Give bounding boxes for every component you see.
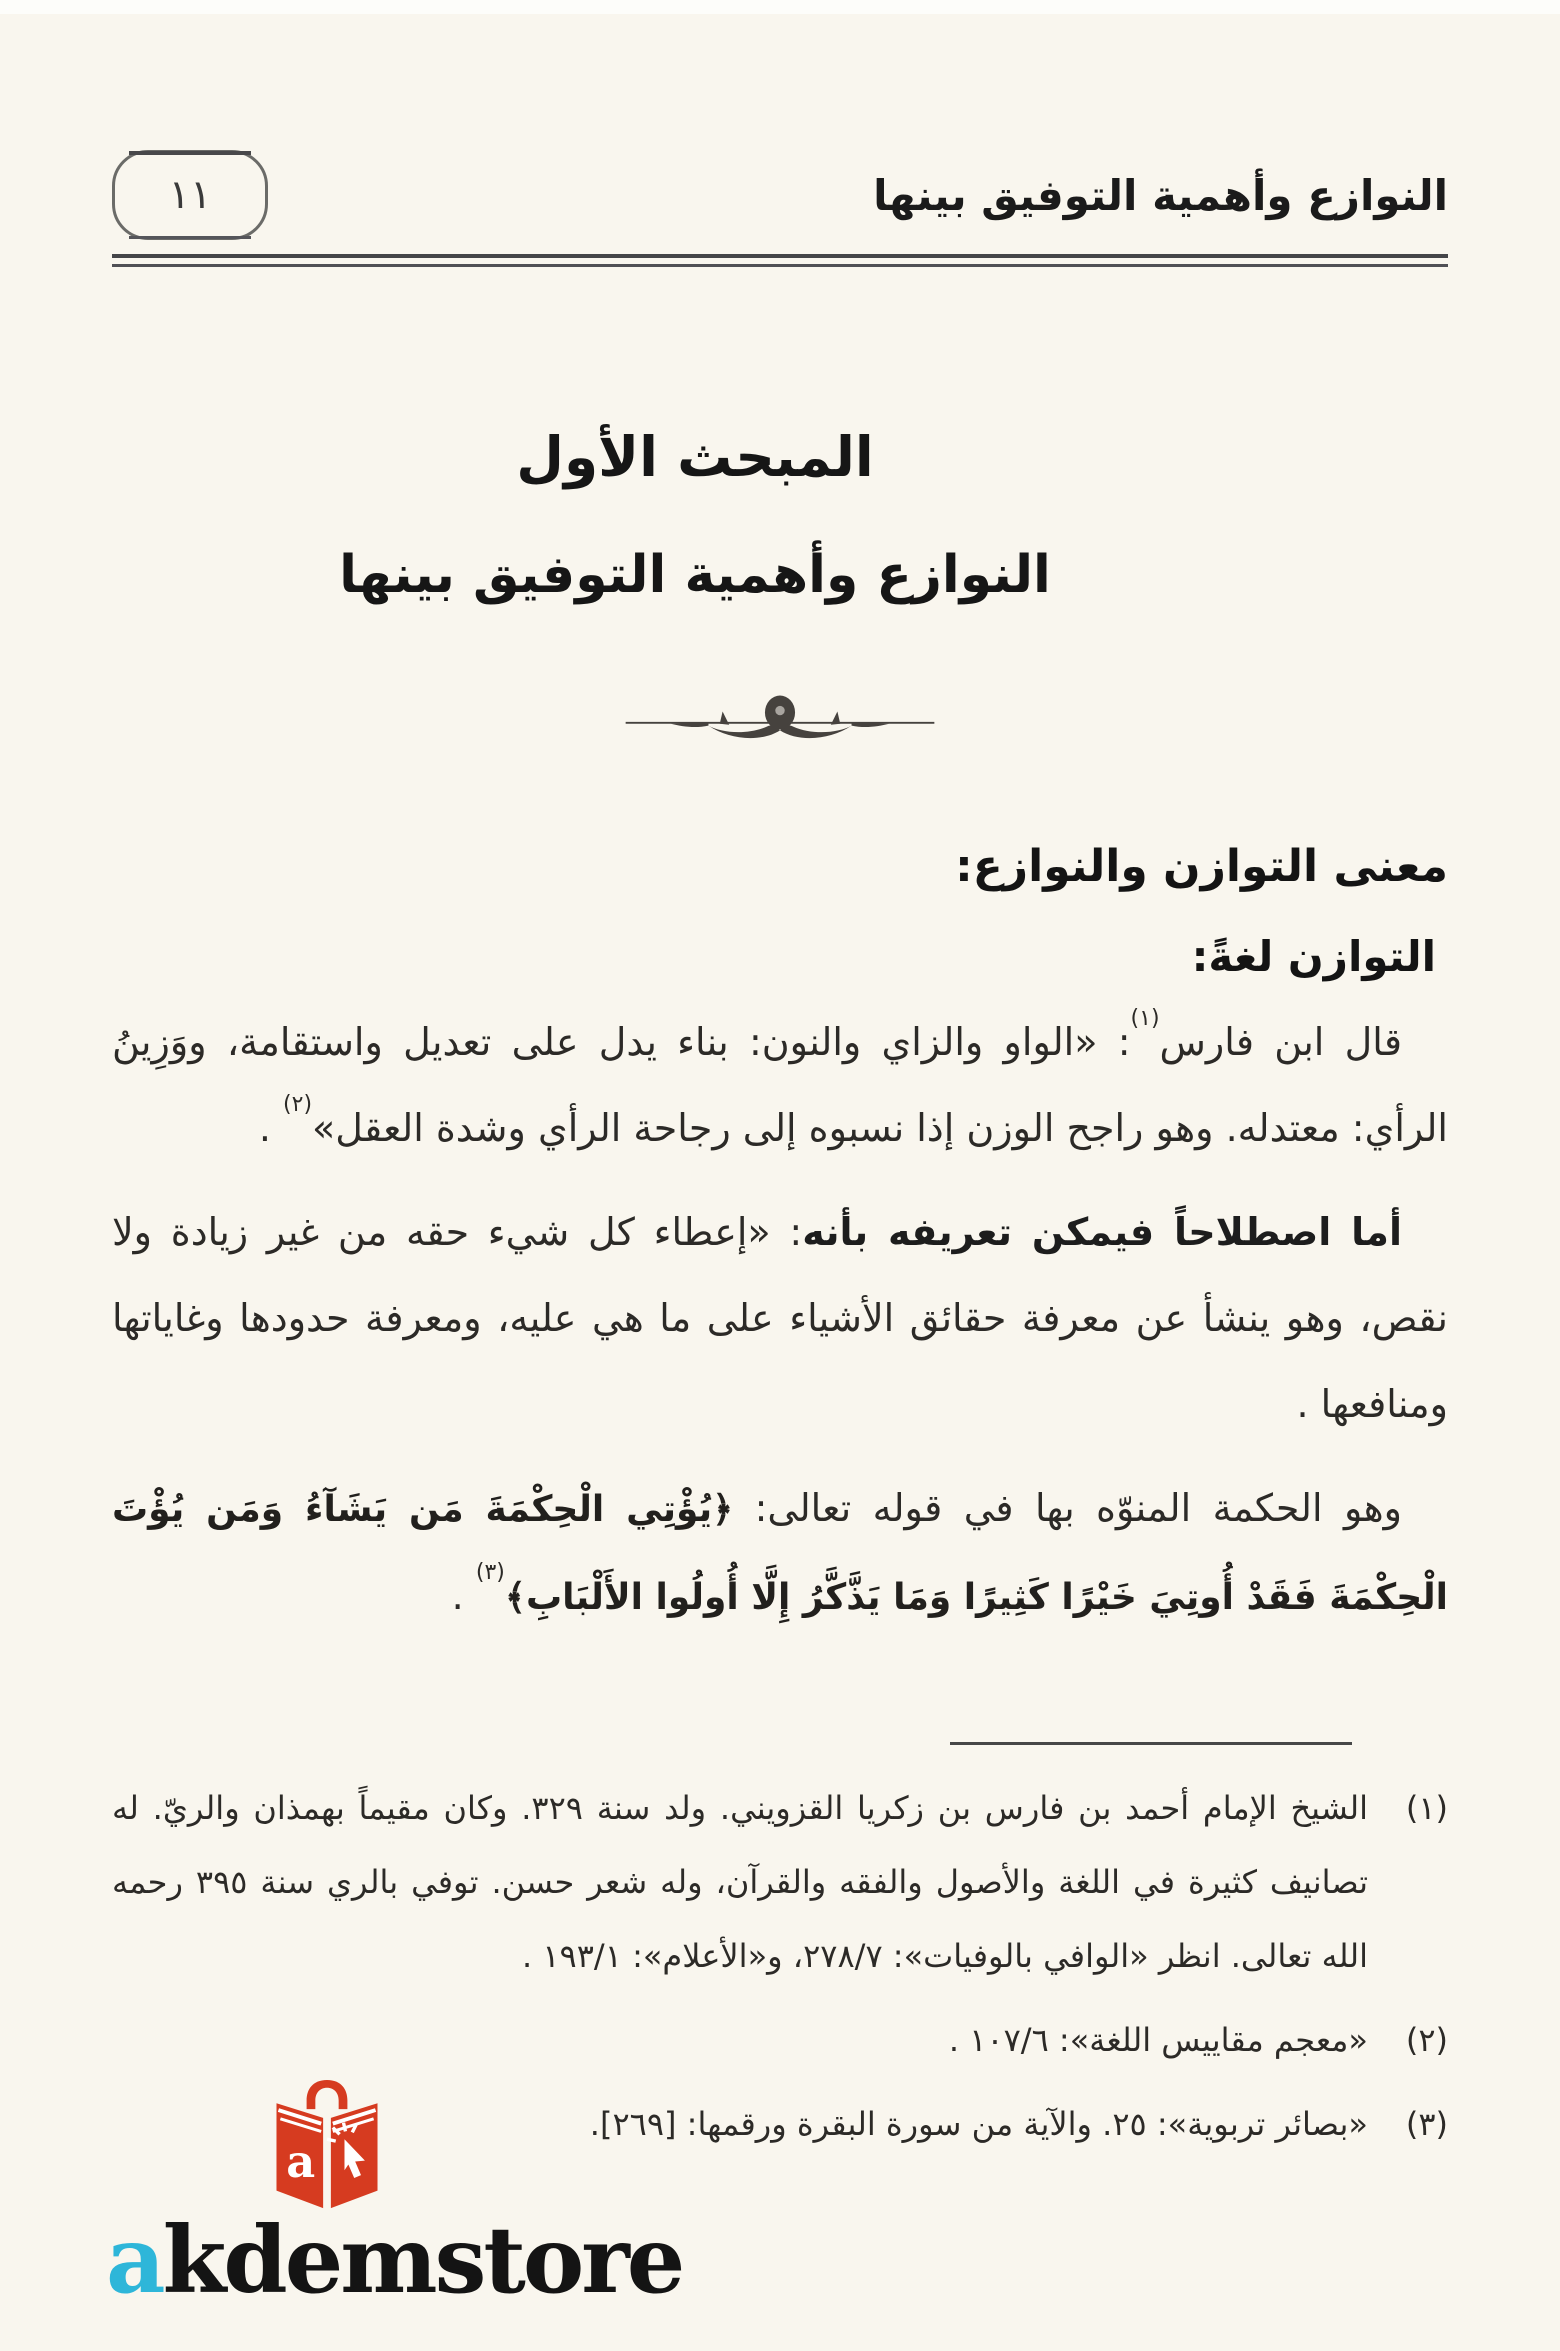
footnote-item-2: (٢) «معجم مقاييس اللغة»: ١٠٧/٦ . (112, 2003, 1448, 2077)
header-divider (112, 254, 1448, 267)
section-heading: معنى التوازن والنوازع: (112, 841, 1448, 892)
ornament-icon (620, 687, 940, 753)
header-row: النوازع وأهمية التوفيق بينها ١١ (112, 150, 1448, 240)
footnote-item-1: (١) الشيخ الإمام أحمد بن فارس بن زكريا ا… (112, 1771, 1448, 1993)
footnote-marker: (٢) (1384, 2003, 1448, 2077)
footnote-text: «معجم مقاييس اللغة»: ١٠٧/٦ . (112, 2003, 1368, 2077)
page-number-badge: ١١ (112, 150, 268, 240)
akdemstore-watermark: a akdemstore (106, 2078, 666, 2314)
footnote-marker: (٣) (1384, 2087, 1448, 2161)
paragraph-text: قال ابن فارس (1160, 1020, 1402, 1064)
paragraph-text: . (452, 1574, 476, 1618)
footnote-separator (950, 1742, 1352, 1745)
chapter-head: المبحث الأول النوازع وأهمية التوفيق بينه… (112, 425, 1448, 757)
paragraph-term-definition: أما اصطلاحاً فيمكن تعريفه بأنه: «إعطاء ك… (112, 1189, 1448, 1447)
wordmark-rest: kdemstore (163, 2206, 683, 2314)
wordmark-a: a (106, 2206, 163, 2314)
paragraph-text: . (259, 1106, 283, 1150)
ornament-divider (112, 687, 1448, 757)
section-subheading: التوازن لغةً: (112, 932, 1436, 981)
footnote-ref-3: (٣) (476, 1560, 505, 1585)
logo-book-icon: a (264, 2078, 390, 2214)
footnote-ref-2: (٢) (283, 1092, 312, 1117)
scan-edge (0, 0, 1560, 14)
footnote-text: الشيخ الإمام أحمد بن فارس بن زكريا القزو… (112, 1771, 1368, 1993)
footnote-marker: (١) (1384, 1771, 1448, 1845)
logo-handle (307, 2080, 348, 2109)
paragraph-lead-bold: أما اصطلاحاً فيمكن تعريفه بأنه (802, 1210, 1402, 1254)
book-page: النوازع وأهمية التوفيق بينها ١١ المبحث ا… (0, 0, 1560, 2351)
page-number: ١١ (169, 172, 212, 218)
logo-letter: a (286, 2135, 315, 2188)
chapter-subtitle: النوازع وأهمية التوفيق بينها (27, 545, 1363, 605)
paragraph-text: وهو الحكمة المنوّه بها في قوله تعالى: (733, 1486, 1402, 1530)
chapter-title: المبحث الأول (27, 425, 1363, 489)
running-title: النوازع وأهمية التوفيق بينها (873, 171, 1448, 220)
page-header: النوازع وأهمية التوفيق بينها ١١ (112, 150, 1448, 267)
footnote-ref-1: (١) (1131, 1006, 1160, 1031)
paragraph-quran-verse: وهو الحكمة المنوّه بها في قوله تعالى: ﴿ي… (112, 1465, 1448, 1641)
paragraph-language-definition: قال ابن فارس(١): «الواو والزاي والنون: ب… (112, 999, 1448, 1171)
wordmark: akdemstore (106, 2206, 666, 2314)
page-content: معنى التوازن والنوازع: التوازن لغةً: قال… (112, 841, 1448, 1641)
